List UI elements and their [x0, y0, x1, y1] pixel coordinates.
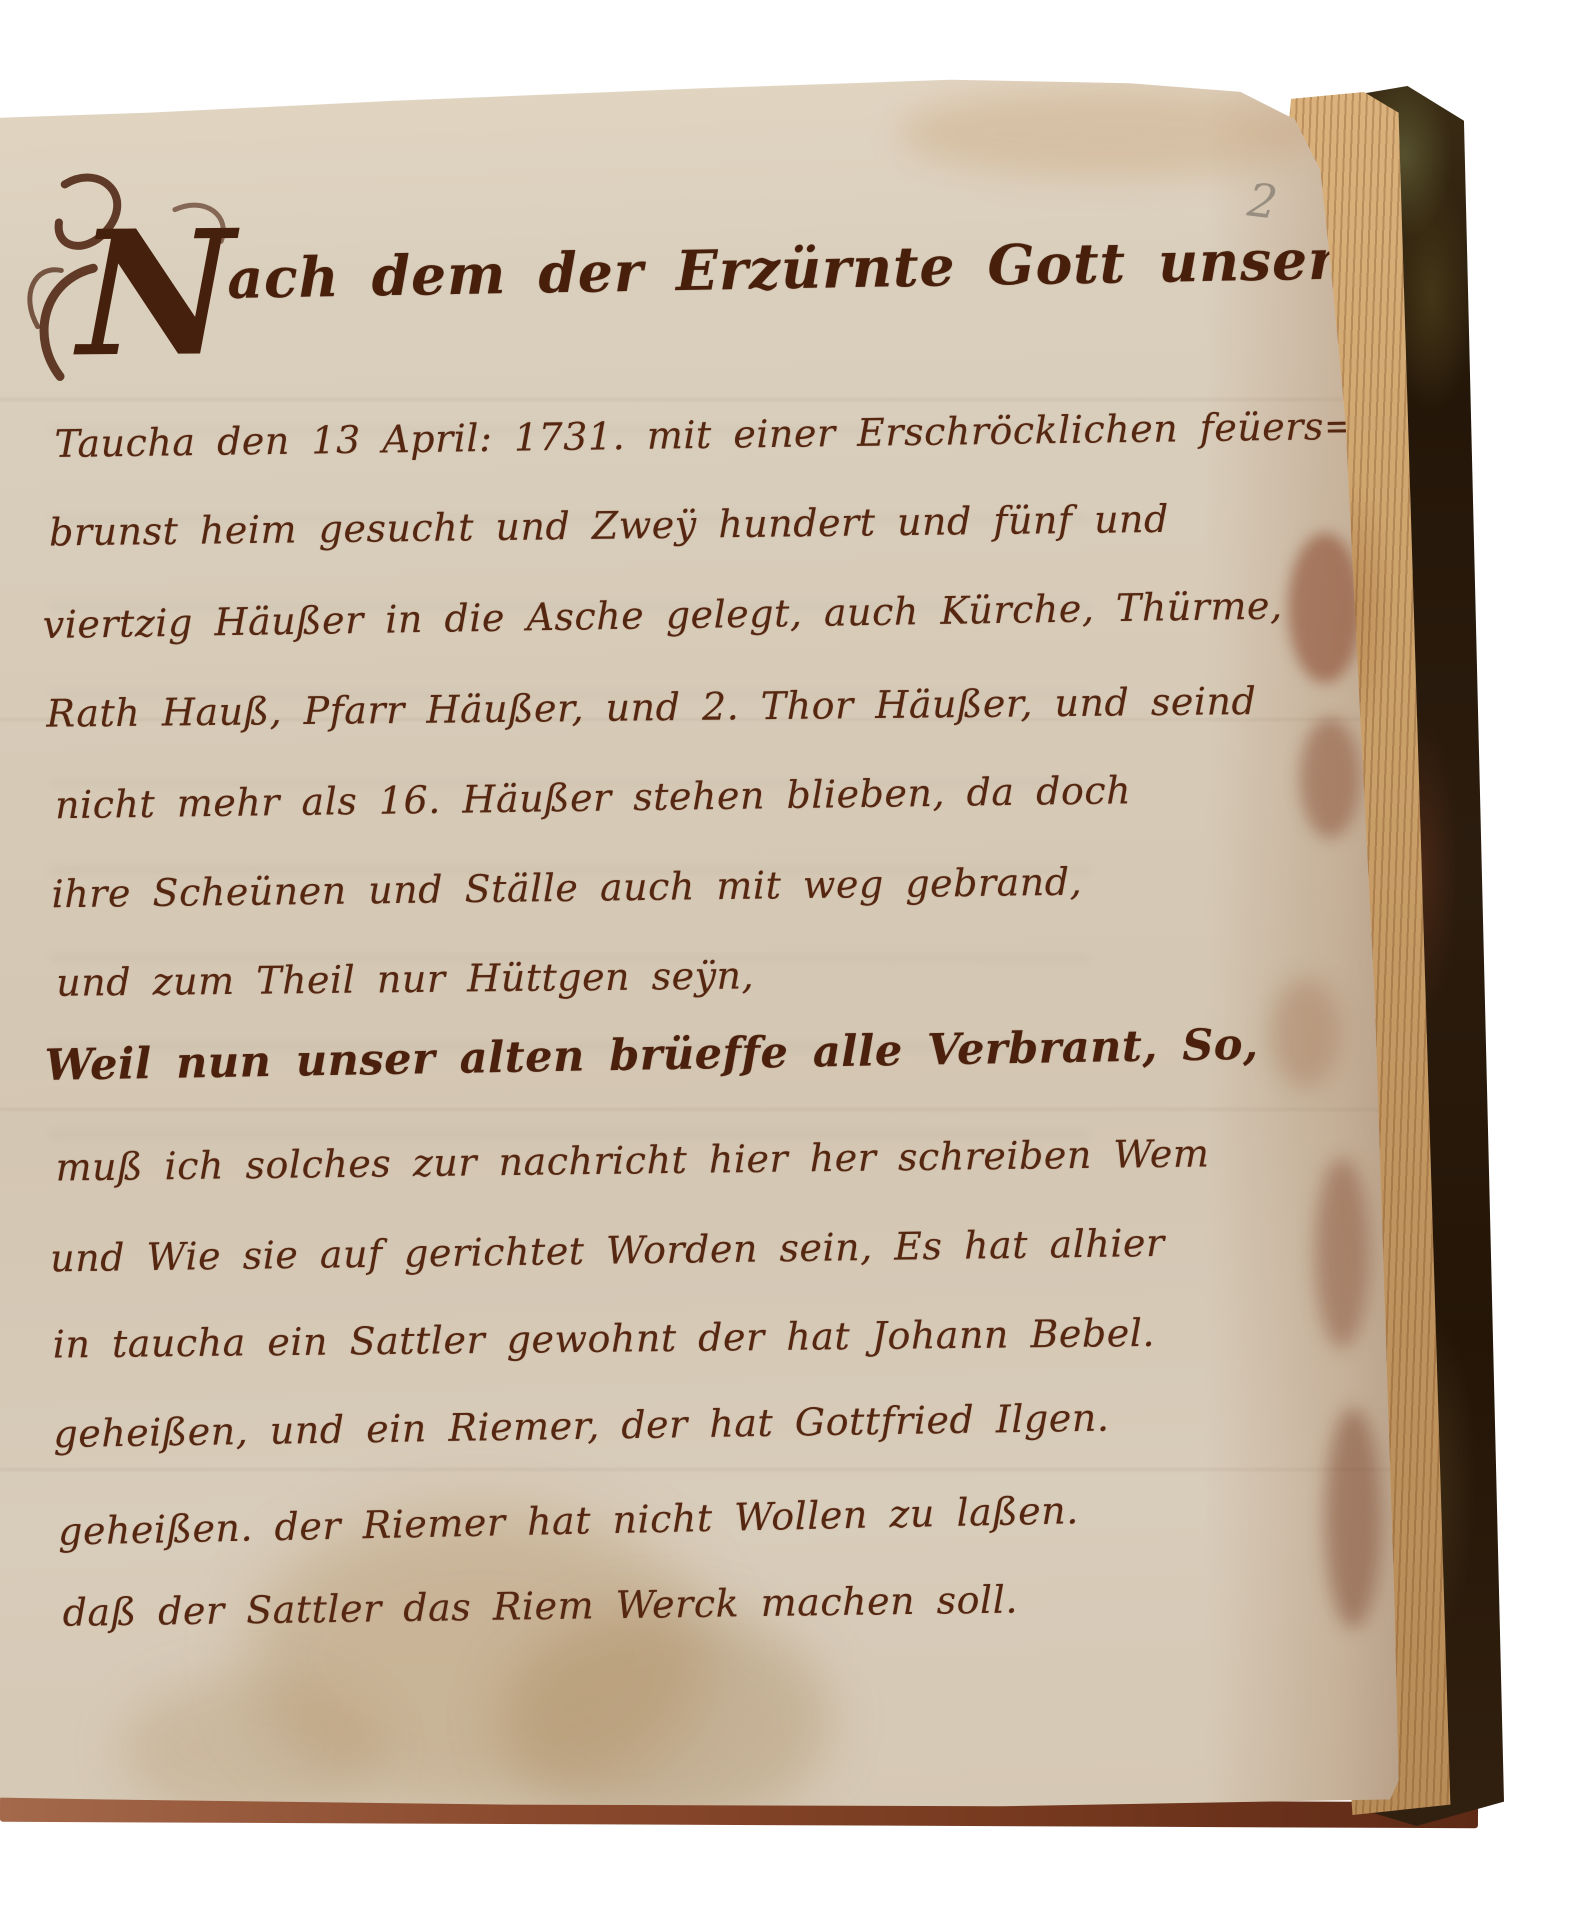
manuscript-line: brunst heim gesucht und Zweÿ hundert und… [49, 497, 1169, 555]
manuscript-photo: N ach dem der Erzürnte Gott unser Stat T… [0, 0, 1590, 1920]
manuscript-line: viertzig Häußer in die Asche gelegt, auc… [42, 584, 1282, 647]
manuscript-line: Rath Hauß, Pfarr Häußer, und 2. Thor Häu… [46, 679, 1256, 736]
manuscript-line: daß der Sattler das Riem Werck machen so… [62, 1577, 1018, 1634]
manuscript-line: geheißen, und ein Riemer, der hat Gottfr… [53, 1396, 1110, 1457]
manuscript-line: Weil nun unser alten brüeffe alle Verbra… [44, 1020, 1258, 1091]
manuscript-line: Taucha den 13 April: 1731. mit einer Ers… [54, 404, 1356, 466]
manuscript-page: N ach dem der Erzürnte Gott unser Stat T… [0, 78, 1400, 1808]
manuscript-line: muß ich solches zur nachricht hier her s… [55, 1131, 1209, 1189]
heading-line: ach dem der Erzürnte Gott unser Stat [227, 224, 1501, 311]
manuscript-line: geheißen. der Riemer hat nicht Wollen zu… [58, 1488, 1079, 1553]
manuscript-line: und zum Theil nur Hüttgen seÿn, [56, 953, 754, 1004]
manuscript-line: in taucha ein Sattler gewohnt der hat Jo… [53, 1311, 1156, 1367]
manuscript-line: ihre Scheünen und Ställe auch mit weg ge… [51, 860, 1082, 917]
handwritten-text-block: N ach dem der Erzürnte Gott unser Stat T… [0, 73, 1406, 1813]
manuscript-line: nicht mehr als 16. Häußer stehen blieben… [55, 768, 1132, 827]
initial-letter: N [72, 191, 241, 395]
manuscript-line: und Wie sie auf gerichtet Worden sein, E… [50, 1221, 1165, 1281]
